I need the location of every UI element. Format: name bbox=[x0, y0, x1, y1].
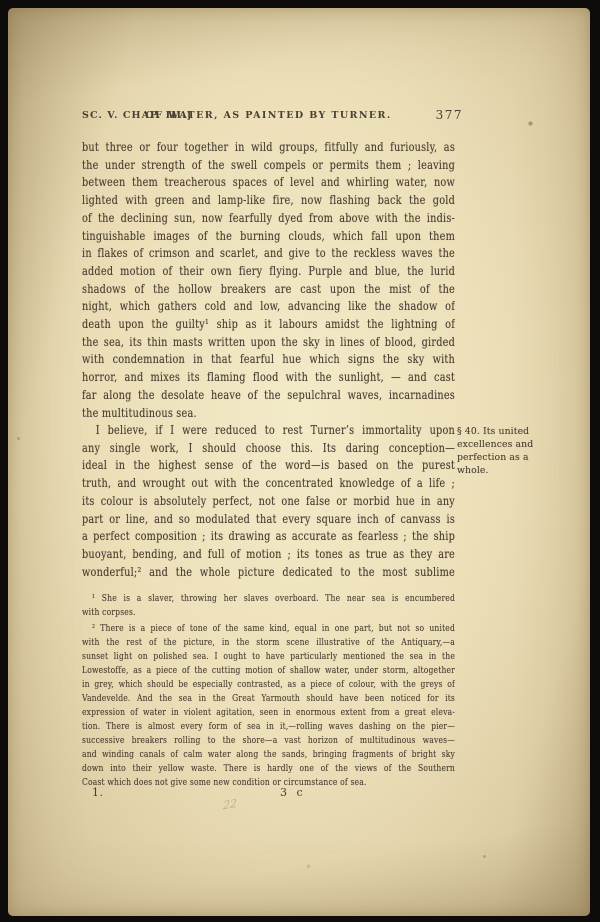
text-line: any single work, I should choose this. I… bbox=[82, 440, 455, 458]
paragraph-i-believe: I believe, if I were reduced to rest Tur… bbox=[82, 422, 455, 581]
running-head-title: OF WATER, AS PAINTED BY TURNER. bbox=[145, 110, 391, 121]
text-line: between them treacherous spaces of level… bbox=[82, 174, 455, 192]
text-line: § 40. Its united bbox=[457, 425, 543, 438]
text-line: ² There is a piece of tone of the same k… bbox=[82, 622, 455, 636]
text-line: added motion of their own fiery flying. … bbox=[82, 263, 455, 281]
text-line: sunset light on polished sea. I ought to… bbox=[82, 650, 455, 664]
text-line: in grey, which should be especially cont… bbox=[82, 678, 455, 692]
pencil-mark: 22 bbox=[223, 797, 237, 813]
text-line: Vandevelde. And the sea in the Great Yar… bbox=[82, 692, 455, 706]
text-line: its colour is absolutely perfect, not on… bbox=[82, 493, 455, 511]
footnote-2: ² There is a piece of tone of the same k… bbox=[82, 622, 455, 790]
text-line: Lowestoffe, as a piece of the cutting mo… bbox=[82, 664, 455, 678]
text-line: the multitudinous sea. bbox=[82, 405, 455, 423]
page-footer: 1. 3 c bbox=[82, 786, 455, 802]
press-signature: 3 c bbox=[280, 786, 306, 799]
text-line: excellences and bbox=[457, 438, 543, 451]
text-line: a perfect composition ; its drawing as a… bbox=[82, 528, 455, 546]
text-line: with corpses. bbox=[82, 606, 455, 620]
text-line: in flakes of crimson and scarlet, and gi… bbox=[82, 245, 455, 263]
text-line: buoyant, bending, and full of motion ; i… bbox=[82, 546, 455, 564]
text-line: down into their yellow waste. There is h… bbox=[82, 762, 455, 776]
text-line: ¹ She is a slaver, throwing her slaves o… bbox=[82, 592, 455, 606]
text-line: tinguishable images of the burning cloud… bbox=[82, 228, 455, 246]
text-line: expression of water in violent agitation… bbox=[82, 706, 455, 720]
paragraph-continued: but three or four together in wild group… bbox=[82, 139, 455, 422]
text-line: the sea, its thin masts written upon the… bbox=[82, 334, 455, 352]
text-line: with condemnation in that fearful hue wh… bbox=[82, 351, 455, 369]
text-line: whole. bbox=[457, 464, 543, 477]
text-line: and winding canals of calm water along t… bbox=[82, 748, 455, 762]
text-line: the under strength of the swell compels … bbox=[82, 157, 455, 175]
text-line: part or line, and so modulated that ever… bbox=[82, 511, 455, 529]
text-line: perfection as a bbox=[457, 451, 543, 464]
text-line: horror, and mixes its flaming flood with… bbox=[82, 369, 455, 387]
text-line: of the declining sun, now fearfully dyed… bbox=[82, 210, 455, 228]
text-line: lighted with green and lamp-like fire, n… bbox=[82, 192, 455, 210]
text-line: with the rest of the picture, in the sto… bbox=[82, 636, 455, 650]
text-line: ideal in the highest sense of the word—i… bbox=[82, 457, 455, 475]
volume-number: 1. bbox=[92, 786, 104, 799]
text-line: death upon the guilty¹ ship as it labour… bbox=[82, 316, 455, 334]
paper-specks bbox=[8, 8, 9, 9]
text-line: shadows of the hollow breakers are cast … bbox=[82, 281, 455, 299]
text-line: tion. There is almost every form of sea … bbox=[82, 720, 455, 734]
margin-note-section-40: § 40. Its unitedexcellences andperfectio… bbox=[457, 425, 543, 477]
text-block: SC. V. CHAP. III.] OF WATER, AS PAINTED … bbox=[82, 8, 455, 916]
text-line: far along the desolate heave of the sepu… bbox=[82, 387, 455, 405]
text-line: truth, and wrought out with the concentr… bbox=[82, 475, 455, 493]
running-head: SC. V. CHAP. III.] OF WATER, AS PAINTED … bbox=[82, 108, 455, 124]
text-line: wonderful;² and the whole picture dedica… bbox=[82, 564, 455, 582]
scanned-book-page: SC. V. CHAP. III.] OF WATER, AS PAINTED … bbox=[8, 8, 590, 916]
text-line: but three or four together in wild group… bbox=[82, 139, 455, 157]
footnote-1: ¹ She is a slaver, throwing her slaves o… bbox=[82, 592, 455, 620]
text-line: I believe, if I were reduced to rest Tur… bbox=[82, 422, 455, 440]
text-line: night, which gathers cold and low, advan… bbox=[82, 298, 455, 316]
page-number: 377 bbox=[436, 108, 463, 122]
text-line: successive breakers rolling to the shore… bbox=[82, 734, 455, 748]
